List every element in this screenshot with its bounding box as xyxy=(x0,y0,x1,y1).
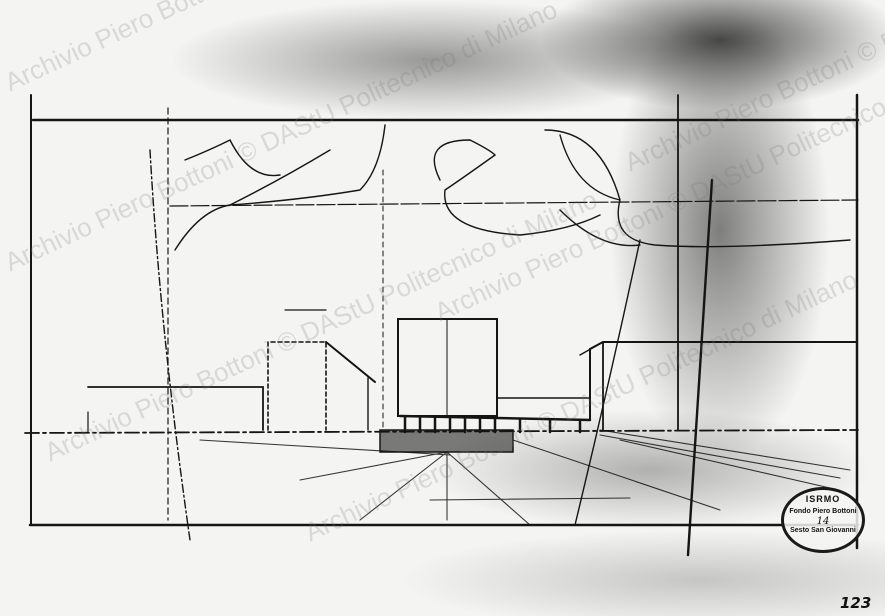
archive-stamp: ISRMO Fondo Piero Bottoni 14 Sesto San G… xyxy=(781,487,865,553)
landscape-sketch xyxy=(175,125,850,250)
scanned-drawing-sheet: Archivio Piero Bottoni © DAStU Politecni… xyxy=(0,0,885,616)
architectural-perspective-drawing xyxy=(0,0,885,616)
stamp-collection: Fondo Piero Bottoni xyxy=(784,508,862,515)
stamp-number: 14 xyxy=(784,516,862,527)
stamp-institution: ISRMO xyxy=(784,494,862,504)
stamp-location: Sesto San Giovanni xyxy=(784,527,862,534)
plinth-steps xyxy=(380,430,513,452)
handwritten-page-number: 123 xyxy=(840,594,871,612)
perspective-rays xyxy=(200,430,850,525)
